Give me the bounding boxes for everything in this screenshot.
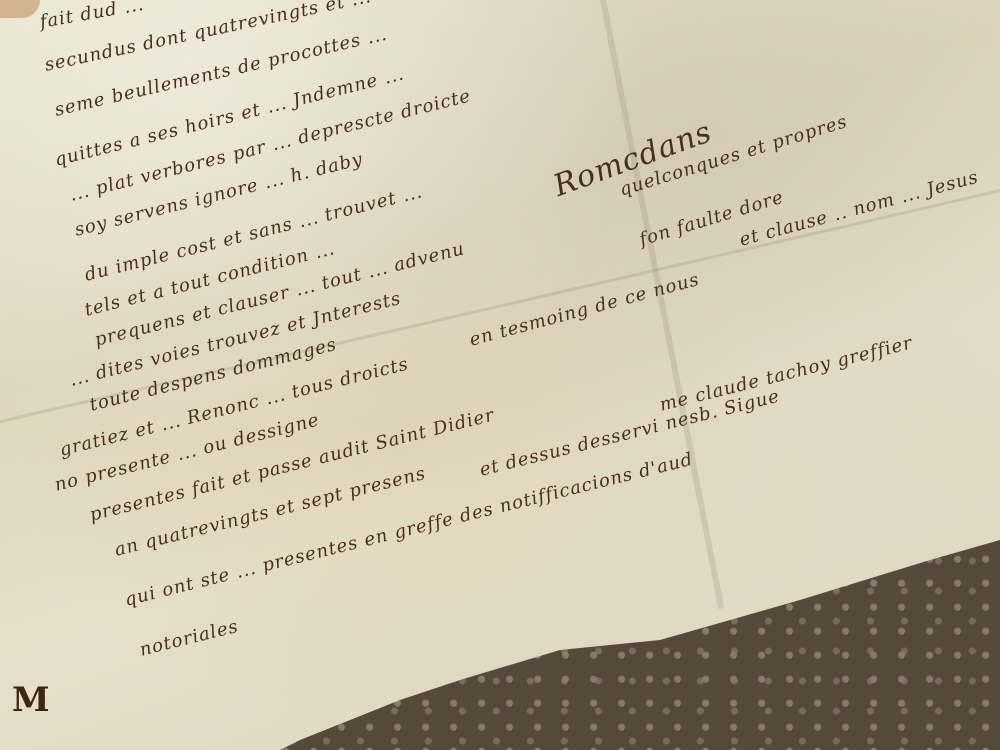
corner-mark: M bbox=[12, 680, 50, 720]
corner-stain bbox=[0, 0, 40, 18]
photo-scene: fait dud ...secundus dont quatrevingts e… bbox=[0, 0, 1000, 750]
handwritten-line: me claude tachoy greffier bbox=[657, 332, 914, 415]
handwritten-line: fait dud ... bbox=[38, 0, 146, 33]
handwritten-line: notoriales bbox=[137, 616, 240, 661]
